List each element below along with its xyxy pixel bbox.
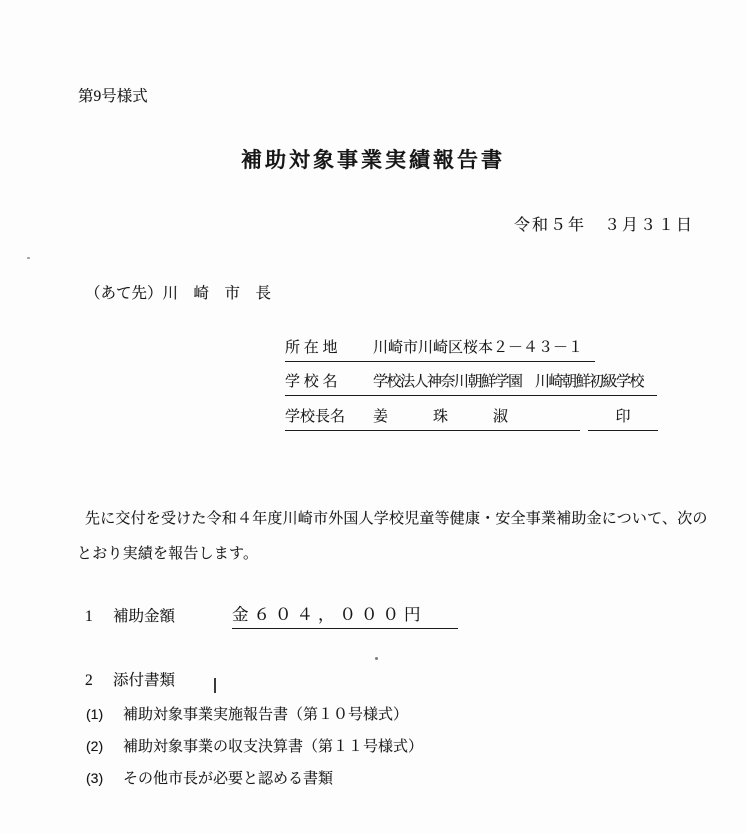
field-value-school-name: 学校法人神奈川朝鮮学園 川崎朝鮮初級学校	[373, 374, 643, 390]
attachment-item-1-text: 補助対象事業実施報告書（第１０号様式）	[123, 707, 408, 723]
section1-number: 1	[85, 608, 113, 626]
subsidy-amount: 金６０４，０００円	[232, 601, 458, 629]
attachment-item-2-marker: (2)	[86, 738, 123, 754]
form-number: 第9号様式	[78, 84, 148, 106]
body-paragraph-line1: 先に交付を受けた令和４年度川崎市外国人学校児童等健康・安全事業補助金について、次…	[85, 507, 708, 528]
scan-speck	[375, 657, 378, 660]
section1-title: 補助金額	[113, 608, 175, 625]
document-title: 補助対象事業実績報告書	[0, 144, 746, 174]
section1-heading: 1補助金額	[85, 604, 175, 626]
field-label-principal-name: 学校長名	[285, 407, 373, 427]
field-row-address: 所 在 地川崎市川崎区桜本２－４３－１	[285, 338, 595, 362]
body-paragraph-line2: とおり実績を報告します。	[77, 542, 258, 563]
document-date: 令和５年 ３月３１日	[514, 212, 694, 235]
scan-artifact-cursor	[214, 678, 216, 693]
section2-number: 2	[85, 672, 113, 690]
attachment-item-2: (2)補助対象事業の収支決算書（第１１号様式）	[86, 735, 423, 756]
seal-placeholder: 印	[588, 407, 658, 431]
field-row-principal-name: 学校長名姜 珠 淑	[285, 407, 580, 431]
scanned-document-page: 第9号様式 補助対象事業実績報告書 令和５年 ３月３１日 （あて先）川 崎 市 …	[0, 0, 746, 833]
attachment-item-1-marker: (1)	[86, 706, 123, 722]
attachment-item-3-marker: (3)	[86, 770, 123, 786]
attachment-item-3: (3)その他市長が必要と認める書類	[86, 767, 333, 788]
section2-heading: 2添付書類	[85, 668, 175, 690]
field-label-address: 所 在 地	[285, 338, 373, 358]
attachment-item-2-text: 補助対象事業の収支決算書（第１１号様式）	[123, 739, 423, 755]
section2-title: 添付書類	[113, 672, 175, 689]
addressee-line: （あて先）川 崎 市 長	[85, 281, 271, 303]
field-label-school-name: 学 校 名	[285, 372, 373, 392]
field-row-school-name: 学 校 名学校法人神奈川朝鮮学園 川崎朝鮮初級学校	[285, 372, 657, 396]
scan-speck	[27, 257, 30, 259]
attachment-item-1: (1)補助対象事業実施報告書（第１０号様式）	[86, 703, 408, 724]
attachment-item-3-text: その他市長が必要と認める書類	[123, 771, 333, 787]
field-value-address: 川崎市川崎区桜本２－４３－１	[373, 340, 583, 356]
field-value-principal-name: 姜 珠 淑	[373, 409, 508, 425]
